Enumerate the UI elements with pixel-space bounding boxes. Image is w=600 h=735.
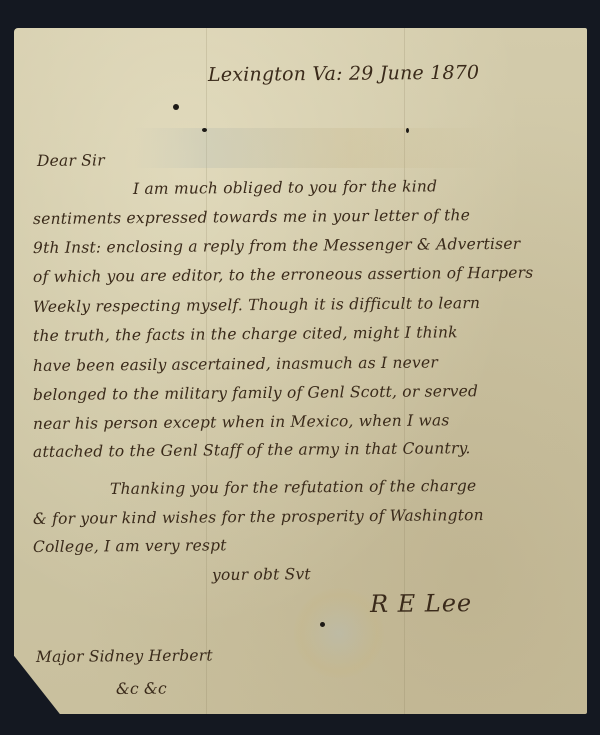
closing: your obt Svt — [212, 565, 311, 584]
body-line: attached to the Genl Staff of the army i… — [33, 439, 471, 461]
ink-blot — [320, 622, 325, 627]
recipient-name: Major Sidney Herbert — [36, 646, 213, 666]
stain — [134, 128, 494, 168]
body-line: College, I am very respt — [33, 536, 227, 556]
salutation: Dear Sir — [37, 151, 105, 170]
dateline: Lexington Va: 29 June 1870 — [208, 62, 479, 86]
body-line: the truth, the facts in the charge cited… — [33, 323, 458, 345]
ink-blot — [173, 104, 179, 110]
body-line: Thanking you for the refutation of the c… — [110, 477, 477, 498]
signature: R E Lee — [370, 589, 472, 618]
ink-blot — [406, 128, 409, 133]
body-line: have been easily ascertained, inasmuch a… — [33, 353, 438, 375]
ink-blot — [202, 128, 207, 132]
body-line: I am much obliged to you for the kind — [133, 177, 437, 198]
body-line: sentiments expressed towards me in your … — [33, 206, 470, 228]
body-line: near his person except when in Mexico, w… — [33, 411, 450, 433]
recipient-suffix: &c &c — [116, 680, 167, 698]
